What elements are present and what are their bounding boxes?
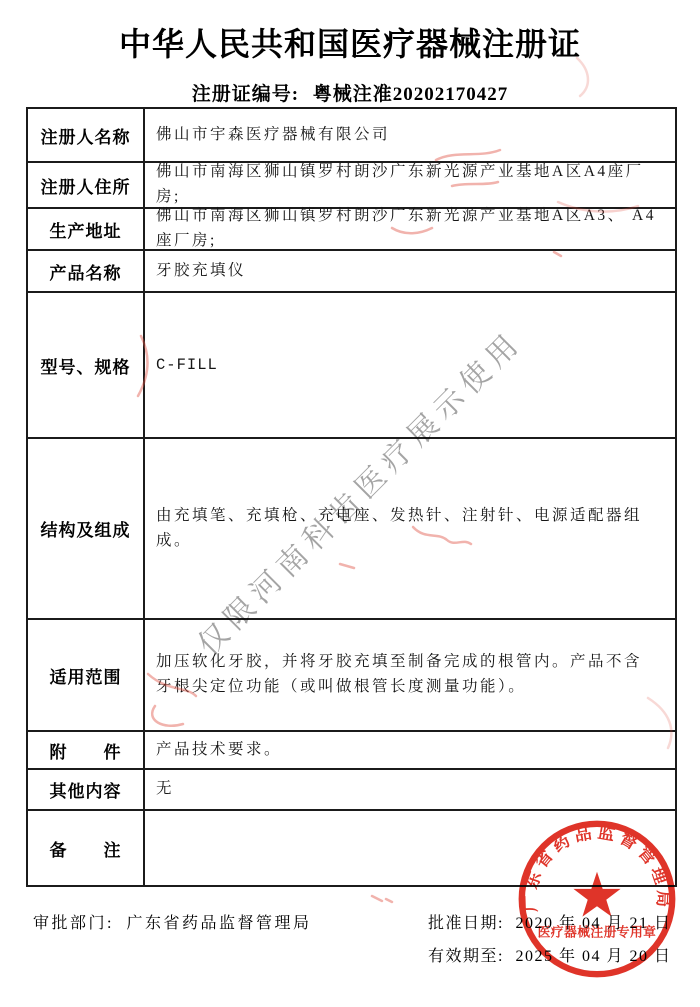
row-value: 佛山市南海区狮山镇罗村朗沙广东新光源产业基地A区A4座厂房; <box>145 163 675 207</box>
row-value: 佛山市宇森医疗器械有限公司 <box>145 109 675 161</box>
table-row-registrant-address: 注册人住所 佛山市南海区狮山镇罗村朗沙广东新光源产业基地A区A4座厂房; <box>28 161 675 207</box>
row-label: 结构及组成 <box>28 439 145 618</box>
row-label: 备 注 <box>28 811 145 885</box>
row-label: 适用范围 <box>28 620 145 730</box>
row-value: 产品技术要求。 <box>145 732 675 768</box>
row-value: 由充填笔、充填枪、充电座、发热针、注射针、电源适配器组成。 <box>145 439 675 618</box>
certificate-number-value: 粤械注准20202170427 <box>313 84 509 105</box>
row-label: 附 件 <box>28 732 145 768</box>
row-value: 牙胶充填仪 <box>145 251 675 291</box>
table-row-production-address: 生产地址 佛山市南海区狮山镇罗村朗沙广东新光源产业基地A区A3、 A4座厂房; <box>28 207 675 249</box>
approval-date-label: 批准日期: <box>428 915 504 932</box>
approval-date-line: 批准日期: 2020 年 04 月 21 日 <box>428 910 671 933</box>
table-row-other-content: 其他内容 无 <box>28 768 675 809</box>
approval-date-value: 2020 年 04 月 21 日 <box>515 915 671 932</box>
table-row-registrant-name: 注册人名称 佛山市宇森医疗器械有限公司 <box>28 109 675 161</box>
row-value: 加压软化牙胶，并将牙胶充填至制备完成的根管内。产品不含牙根尖定位功能（或叫做根管… <box>145 620 675 730</box>
table-row-attachment: 附 件 产品技术要求。 <box>28 730 675 768</box>
row-value: 佛山市南海区狮山镇罗村朗沙广东新光源产业基地A区A3、 A4座厂房; <box>145 209 675 249</box>
row-label: 注册人住所 <box>28 163 145 207</box>
table-row-remarks: 备 注 <box>28 809 675 885</box>
certificate-number-line: 注册证编号: 粤械注准20202170427 <box>0 79 700 106</box>
valid-until-label: 有效期至: <box>428 948 504 965</box>
table-row-structure-composition: 结构及组成 由充填笔、充填枪、充电座、发热针、注射针、电源适配器组成。 <box>28 437 675 618</box>
valid-until-line: 有效期至: 2025 年 04 月 20 日 <box>428 943 671 966</box>
row-value: C-FILL <box>145 293 675 437</box>
certificate-number-label: 注册证编号: <box>192 84 299 105</box>
certificate-page: { "page": { "title": "中华人民共和国医疗器械注册证", "… <box>0 0 700 1007</box>
row-value: 无 <box>145 770 675 809</box>
certificate-table: 注册人名称 佛山市宇森医疗器械有限公司 注册人住所 佛山市南海区狮山镇罗村朗沙广… <box>26 107 677 887</box>
page-title: 中华人民共和国医疗器械注册证 <box>0 19 700 65</box>
table-row-product-name: 产品名称 牙胶充填仪 <box>28 249 675 291</box>
row-label: 产品名称 <box>28 251 145 291</box>
row-label: 其他内容 <box>28 770 145 809</box>
approval-department-label: 审批部门: <box>33 915 114 932</box>
row-label: 生产地址 <box>28 209 145 249</box>
table-row-scope-of-application: 适用范围 加压软化牙胶，并将牙胶充填至制备完成的根管内。产品不含牙根尖定位功能（… <box>28 618 675 730</box>
row-value <box>145 811 675 885</box>
table-row-model-spec: 型号、规格 C-FILL <box>28 291 675 437</box>
approval-department-line: 审批部门: 广东省药品监督管理局 <box>33 910 311 933</box>
valid-until-value: 2025 年 04 月 20 日 <box>515 948 671 965</box>
row-label: 型号、规格 <box>28 293 145 437</box>
approval-department-value: 广东省药品监督管理局 <box>126 915 311 932</box>
row-label: 注册人名称 <box>28 109 145 161</box>
